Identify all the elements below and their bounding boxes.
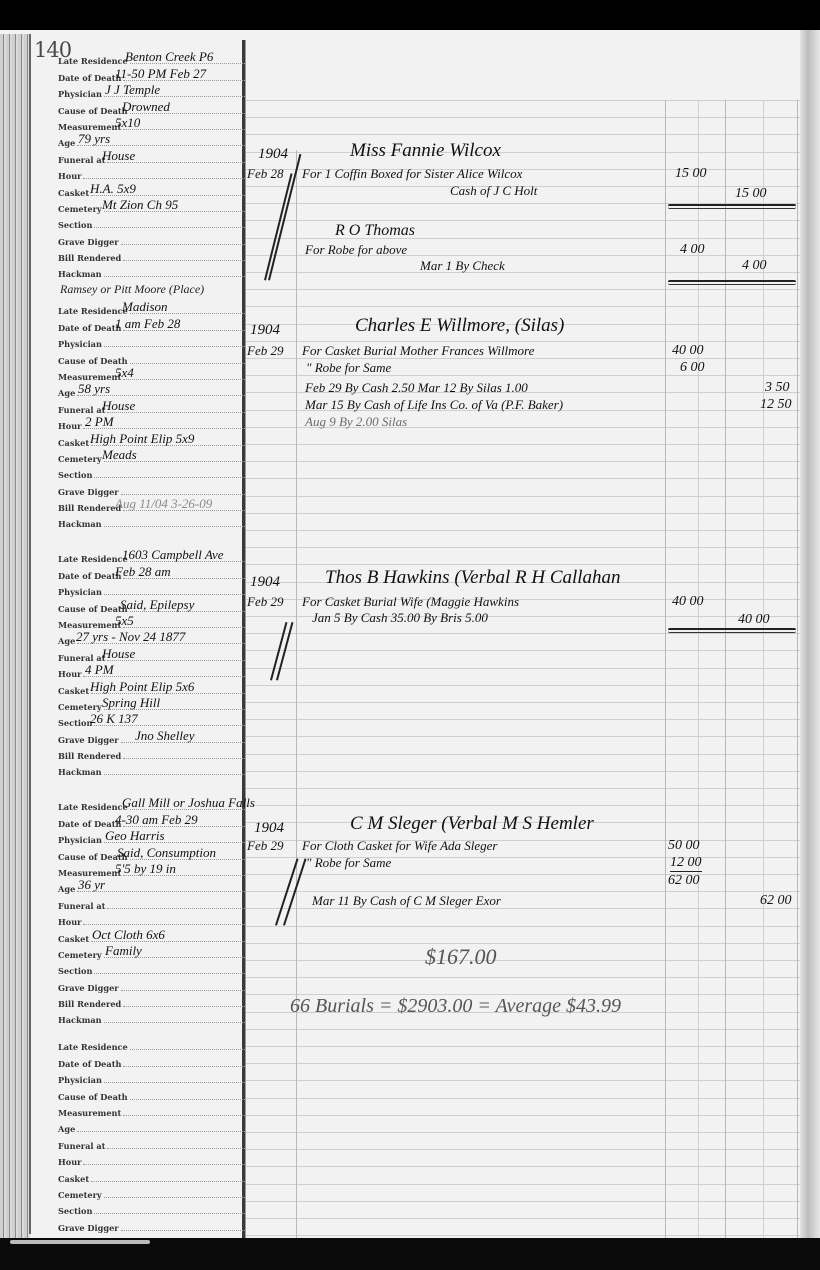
- field-date-of-death: Date of Death11-50 PM Feb 27: [30, 66, 245, 82]
- field-casket: CasketHigh Point Elip 5x6: [30, 679, 245, 695]
- field-funeral-at: Funeral at: [30, 894, 245, 910]
- field-hackman: Hackman: [30, 761, 245, 777]
- record-form-2: Late ResidenceMadison Date of Death1 am …: [30, 300, 245, 529]
- entry-credit: 3 50: [765, 380, 790, 396]
- entry-line-text: For Cloth Casket for Wife Ada Sleger: [302, 838, 497, 854]
- field-bill-rendered: Bill Rendered: [30, 993, 245, 1009]
- page-stack-edge: [0, 34, 30, 1270]
- record-note: Ramsey or Pitt Moore (Place): [60, 282, 204, 297]
- field-cause-of-death: Cause of DeathSaid, Consumption: [30, 845, 245, 861]
- book-binding-bottom: [0, 1238, 820, 1270]
- field-late-residence: Late ResidenceGall Mill or Joshua Falls: [30, 796, 245, 812]
- entry-date: Feb 29: [247, 594, 283, 610]
- field-grave-digger: Grave Digger: [30, 480, 245, 496]
- record-form-4: Late ResidenceGall Mill or Joshua Falls …: [30, 796, 245, 1025]
- field-cause-of-death: Cause of DeathSaid, Epilepsy: [30, 597, 245, 613]
- entry-year: 1904: [258, 146, 288, 163]
- entry-debit: 40 00: [672, 594, 704, 610]
- record-form-3: Late Residence1603 Campbell Ave Date of …: [30, 548, 245, 777]
- entry-debit: 12 00: [670, 855, 702, 872]
- field-date-of-death: Date of Death: [30, 1052, 245, 1068]
- record-form-5: Late Residence Date of Death Physician C…: [30, 1036, 245, 1265]
- entry-line-text: Mar 11 By Cash of C M Sleger Exor: [312, 893, 501, 909]
- entry-name: C M Sleger (Verbal M S Hemler: [350, 813, 594, 835]
- field-grave-digger: Grave Digger: [30, 230, 245, 246]
- entry-sub-name: R O Thomas: [335, 222, 415, 240]
- field-cause-of-death: Cause of Death: [30, 349, 245, 365]
- field-bill-rendered: Bill RenderedAug 11/04 3-26-09: [30, 497, 245, 513]
- field-cause-of-death: Cause of Death: [30, 1085, 245, 1101]
- entry-line-text: For Casket Burial Wife (Maggie Hawkins: [302, 594, 519, 610]
- field-measurement: Measurement5x4: [30, 366, 245, 382]
- field-section: Section: [30, 1200, 245, 1216]
- field-grave-digger: Grave Digger: [30, 976, 245, 992]
- field-cemetery: CemeteryMeads: [30, 448, 245, 464]
- field-late-residence: Late ResidenceMadison: [30, 300, 245, 316]
- field-bill-rendered: Bill Rendered: [30, 745, 245, 761]
- field-funeral-at: Funeral atHouse: [30, 398, 245, 414]
- field-physician: Physician: [30, 333, 245, 349]
- total-underline: [668, 628, 796, 633]
- entry-date: Feb 28: [247, 166, 283, 182]
- field-age: Age36 yr: [30, 878, 245, 894]
- field-late-residence: Late ResidenceBenton Creek P6: [30, 50, 245, 66]
- total-underline: [668, 280, 796, 285]
- field-casket: CasketH.A. 5x9: [30, 181, 245, 197]
- entry-debit: 50 00: [668, 838, 700, 854]
- field-casket: Casket: [30, 1167, 245, 1183]
- field-cemetery: Cemetery: [30, 1184, 245, 1200]
- debit-cents-rule: [698, 100, 699, 1238]
- date-column-rule: [296, 150, 297, 1238]
- right-margin-rule: [797, 100, 798, 1238]
- field-hackman: Hackman: [30, 513, 245, 529]
- entry-year: 1904: [254, 820, 284, 837]
- debit-column-rule: [665, 100, 666, 1238]
- entry-debit: 40 00: [672, 343, 704, 359]
- field-date-of-death: Date of Death4-30 am Feb 29: [30, 812, 245, 828]
- field-cause-of-death: Cause of DeathDrowned: [30, 99, 245, 115]
- field-hour: Hour2 PM: [30, 415, 245, 431]
- entry-name: Thos B Hawkins (Verbal R H Callahan: [325, 567, 621, 589]
- entry-date: Feb 29: [247, 838, 283, 854]
- entry-line-text: For Robe for above: [305, 242, 407, 258]
- field-funeral-at: Funeral at: [30, 1134, 245, 1150]
- field-section: Section26 K 137: [30, 712, 245, 728]
- field-date-of-death: Date of DeathFeb 28 am: [30, 564, 245, 580]
- field-casket: CasketOct Cloth 6x6: [30, 927, 245, 943]
- entry-name: Charles E Willmore, (Silas): [355, 315, 564, 337]
- entry-line-text: Jan 5 By Cash 35.00 By Bris 5.00: [312, 610, 488, 626]
- entry-line-text: Mar 15 By Cash of Life Ins Co. of Va (P.…: [305, 397, 563, 413]
- field-cemetery: CemeterySpring Hill: [30, 696, 245, 712]
- credit-column-rule: [725, 100, 726, 1238]
- field-late-residence: Late Residence1603 Campbell Ave: [30, 548, 245, 564]
- field-date-of-death: Date of Death1 am Feb 28: [30, 316, 245, 332]
- field-physician: Physician: [30, 581, 245, 597]
- field-section: Section: [30, 960, 245, 976]
- field-section: Section: [30, 464, 245, 480]
- entry-line-text: " Robe for Same: [306, 360, 391, 376]
- field-age: Age79 yrs: [30, 132, 245, 148]
- entry-line-text: Cash of J C Holt: [450, 183, 537, 199]
- entry-credit: 15 00: [735, 186, 767, 202]
- field-measurement: Measurement5x10: [30, 116, 245, 132]
- record-form-1: Late ResidenceBenton Creek P6 Date of De…: [30, 50, 245, 279]
- field-measurement: Measurement5'5 by 19 in: [30, 862, 245, 878]
- field-hour: Hour: [30, 165, 245, 181]
- field-measurement: Measurement5x5: [30, 614, 245, 630]
- entry-line-text: Aug 9 By 2.00 Silas: [305, 414, 407, 430]
- page-total: $167.00: [425, 944, 497, 970]
- field-cemetery: CemeteryFamily: [30, 944, 245, 960]
- field-physician: PhysicianJ J Temple: [30, 83, 245, 99]
- field-late-residence: Late Residence: [30, 1036, 245, 1052]
- entry-credit: 40 00: [738, 612, 770, 628]
- entry-line-text: For 1 Coffin Boxed for Sister Alice Wilc…: [302, 166, 522, 182]
- field-hackman: Hackman: [30, 1009, 245, 1025]
- field-funeral-at: Funeral atHouse: [30, 148, 245, 164]
- field-section: Section: [30, 214, 245, 230]
- field-grave-digger: Grave Digger: [30, 1216, 245, 1232]
- field-casket: CasketHigh Point Elip 5x9: [30, 431, 245, 447]
- entry-debit: 4 00: [680, 242, 705, 258]
- burials-summary: 66 Burials = $2903.00 = Average $43.99: [290, 995, 621, 1018]
- entry-line-text: " Robe for Same: [306, 855, 391, 871]
- entry-line-text: Feb 29 By Cash 2.50 Mar 12 By Silas 1.00: [305, 380, 528, 396]
- field-bill-rendered: Bill Rendered: [30, 247, 245, 263]
- entry-name: Miss Fannie Wilcox: [350, 140, 501, 162]
- total-underline: [668, 204, 796, 209]
- entry-year: 1904: [250, 574, 280, 591]
- field-funeral-at: Funeral atHouse: [30, 646, 245, 662]
- entry-credit: 4 00: [742, 258, 767, 274]
- field-hour: Hour: [30, 1151, 245, 1167]
- field-cemetery: CemeteryMt Zion Ch 95: [30, 198, 245, 214]
- field-measurement: Measurement: [30, 1102, 245, 1118]
- field-age: Age58 yrs: [30, 382, 245, 398]
- field-hour: Hour4 PM: [30, 663, 245, 679]
- page-gutter-right: [800, 30, 820, 1270]
- entry-debit: 15 00: [675, 166, 707, 182]
- field-physician: PhysicianGeo Harris: [30, 829, 245, 845]
- field-hackman: Hackman: [30, 263, 245, 279]
- entry-date: Feb 29: [247, 343, 283, 359]
- entry-credit: 12 50: [760, 397, 792, 413]
- entry-year: 1904: [250, 322, 280, 339]
- entry-credit: 62 00: [760, 893, 792, 909]
- entry-debit-total: 62 00: [668, 873, 700, 889]
- field-physician: Physician: [30, 1069, 245, 1085]
- field-age: Age: [30, 1118, 245, 1134]
- entry-line-text: Mar 1 By Check: [420, 258, 505, 274]
- field-age: Age27 yrs - Nov 24 1877: [30, 630, 245, 646]
- field-hour: Hour: [30, 911, 245, 927]
- field-grave-digger: Grave DiggerJno Shelley: [30, 728, 245, 744]
- entry-line-text: For Casket Burial Mother Frances Willmor…: [302, 343, 534, 359]
- entry-debit: 6 00: [680, 360, 705, 376]
